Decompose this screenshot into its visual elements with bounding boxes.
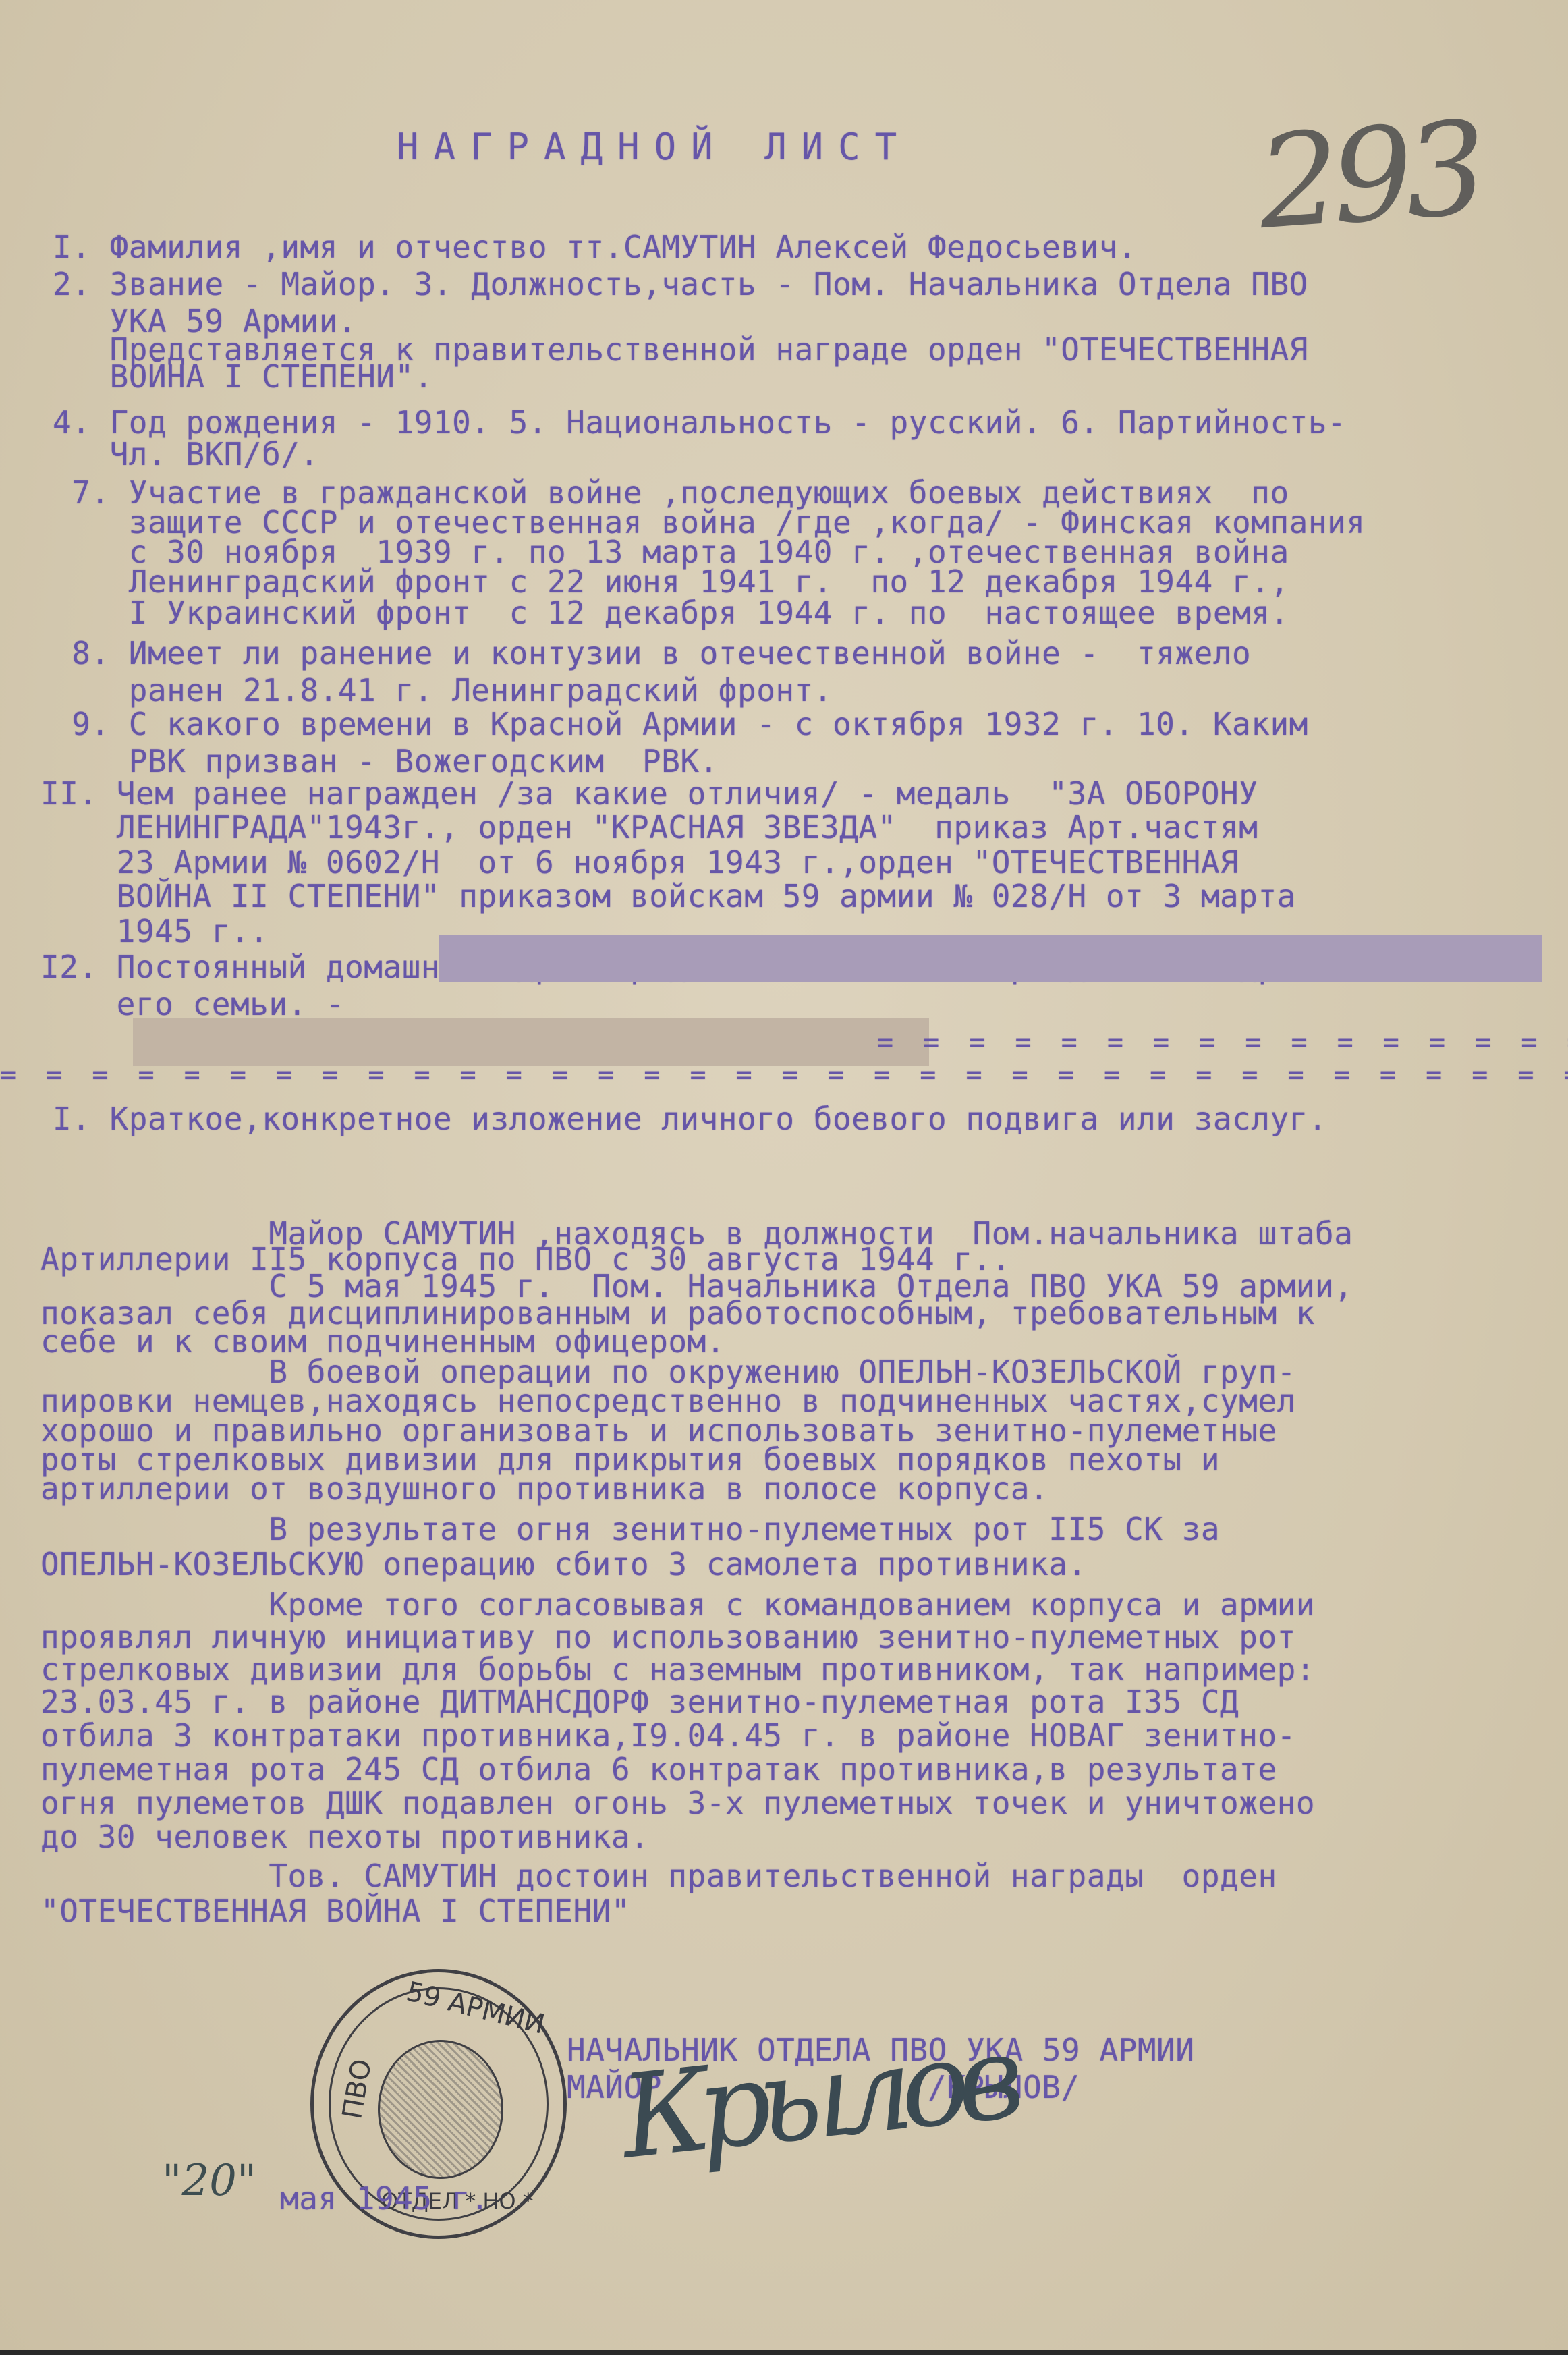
narrative-line: 23.03.45 г. в районе ДИТМАНСДОРФ зенитно… xyxy=(40,1683,1239,1721)
date-day: "20" xyxy=(162,2156,256,2206)
separator-line: = = = = = = = = = = = = = = = = = = = = … xyxy=(0,1059,1568,1090)
coat-of-arms-emblem-icon xyxy=(378,2040,503,2179)
narrative-line: ОПЕЛЬН-КОЗЕЛЬСКУЮ операцию сбито 3 самол… xyxy=(40,1545,1087,1583)
scan-bottom-edge xyxy=(0,2350,1568,2355)
field-line: Чл. ВКП/б/. xyxy=(53,435,319,473)
field-line: ВОЙНА II СТЕПЕНИ" приказом войскам 59 ар… xyxy=(40,877,1296,915)
field-line: ранен 21.8.41 г. Ленинградский фронт. xyxy=(53,671,833,709)
field-line: 23 Армии № 0602/Н от 6 ноября 1943 г.,ор… xyxy=(40,843,1239,881)
document-title: НАГРАДНОЙ ЛИСТ xyxy=(397,126,912,168)
separator-line-upper: = = = = = = = = = = = = = = = = = = = = … xyxy=(877,1027,1568,1058)
narrative-line: В результате огня зенитно-пулеметных рот… xyxy=(40,1510,1220,1548)
narrative-line: пулеметная рота 245 СД отбила 6 контрата… xyxy=(40,1750,1277,1788)
field-line: 9. С какого времени в Красной Армии - с … xyxy=(53,705,1308,743)
field-line: II. Чем ранее награжден /за какие отличи… xyxy=(40,775,1258,812)
section-heading: I. Краткое,конкретное изложение личного … xyxy=(53,1100,1327,1138)
narrative-line: артиллерии от воздушного противника в по… xyxy=(40,1470,1048,1507)
narrative-line: огня пулеметов ДШК подавлен огонь 3-х пу… xyxy=(40,1784,1315,1822)
narrative-line: Тов. САМУТИН достоин правительственной н… xyxy=(40,1857,1277,1895)
narrative-line: до 30 человек пехоты противника. xyxy=(40,1818,649,1856)
handwritten-sheet-number: 293 xyxy=(1254,94,1484,258)
narrative-line: отбила 3 контратаки противника,I9.04.45 … xyxy=(40,1717,1296,1754)
award-sheet-document: НАГРАДНОЙ ЛИСТ 293 I. Фамилия ,имя и отч… xyxy=(0,0,1568,2355)
field-line: 8. Имеет ли ранение и контузии в отечест… xyxy=(53,634,1251,672)
narrative-line: "ОТЕЧЕСТВЕННАЯ ВОЙНА I СТЕПЕНИ" xyxy=(40,1892,630,1930)
field-line: 2. Звание - Майор. 3. Должность,часть - … xyxy=(53,265,1308,303)
field-line: ВОЙНА I СТЕПЕНИ". xyxy=(53,358,433,395)
field-line: I Украинский фронт с 12 декабря 1944 г. … xyxy=(53,594,1289,632)
field-line: ЛЕНИНГРАДА"1943г., орден "КРАСНАЯ ЗВЕЗДА… xyxy=(40,808,1258,846)
field-line: I. Фамилия ,имя и отчество тт.САМУТИН Ал… xyxy=(53,228,1137,266)
field-line: 1945 г.. xyxy=(40,912,269,950)
date-month-year: мая 1945 г. xyxy=(280,2180,489,2217)
redaction-block-address xyxy=(439,935,1542,982)
